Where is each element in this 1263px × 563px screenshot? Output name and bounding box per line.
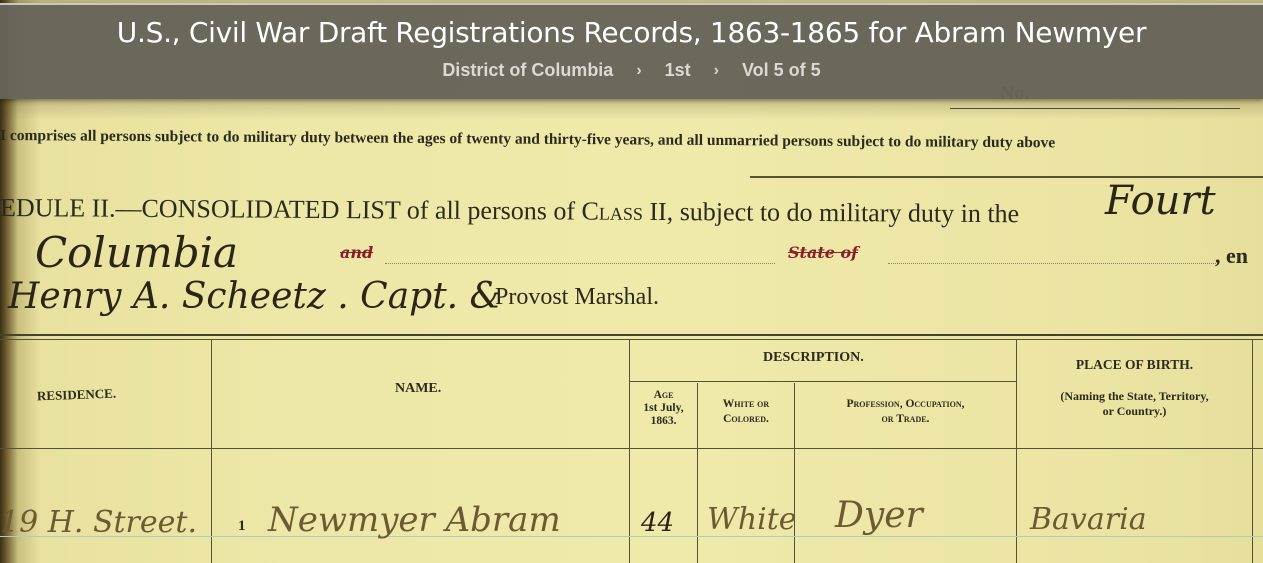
provost-marshal-label: Provost Marshal. xyxy=(495,284,659,311)
header-age-line3: 1863. xyxy=(630,415,697,428)
header-profession-line2: or Trade. xyxy=(795,412,1016,427)
cell-place-of-birth: Bavaria xyxy=(1030,502,1147,537)
breadcrumb: District of Columbia › 1st › Vol 5 of 5 xyxy=(0,60,1263,81)
intro-line: I comprises all persons subject to do mi… xyxy=(0,127,1055,152)
header-place-of-birth-note: (Naming the State, Territory, or Country… xyxy=(1017,389,1252,419)
header-woc-line1: White or xyxy=(698,397,794,412)
header-bottom-rule xyxy=(0,448,1263,449)
struck-word: and xyxy=(340,243,373,262)
header-place-of-birth: PLACE OF BIRTH. xyxy=(1017,357,1252,373)
cell-residence: 19 H. Street. xyxy=(0,505,197,540)
table-top-rule xyxy=(0,334,1263,336)
cell-profession: Dyer xyxy=(835,495,923,536)
header-description: DESCRIPTION. xyxy=(763,350,864,366)
schedule-heading-middle: of all persons of xyxy=(407,195,575,225)
description-sub-rule xyxy=(629,381,1016,382)
pob-note-line2: or Country.) xyxy=(1017,404,1252,419)
schedule-heading-suffix: subject to do military duty in the xyxy=(680,197,1020,228)
struck-state: State of xyxy=(788,243,858,262)
schedule-heading-prefix: EDULE II.—CONSOLIDATED LIST xyxy=(0,193,400,224)
schedule-heading: EDULE II.—CONSOLIDATED LIST of all perso… xyxy=(0,193,1019,229)
cell-name: Newmyer Abram xyxy=(268,500,561,540)
header-white-or-colored: White or Colored. xyxy=(698,397,794,427)
header-age-line2: 1st July, xyxy=(630,402,697,415)
chevron-right-icon: › xyxy=(617,62,660,80)
class-label: Class xyxy=(581,197,643,226)
header-age-line1: Age xyxy=(630,389,697,402)
breadcrumb-vol-5-of-5[interactable]: Vol 5 of 5 xyxy=(738,60,825,81)
header-age: Age 1st July, 1863. xyxy=(630,389,697,428)
column-divider xyxy=(629,339,630,563)
record-title: U.S., Civil War Draft Registrations Reco… xyxy=(0,16,1263,49)
header-woc-line2: Colored. xyxy=(698,412,794,427)
class-number: II, xyxy=(649,197,673,226)
trailing-text: , en xyxy=(1215,243,1248,269)
table-top-rule-2 xyxy=(0,339,1263,340)
cell-white-or-colored: White xyxy=(707,502,797,537)
header-profession-line1: Profession, Occupation, xyxy=(795,397,1016,412)
top-rule xyxy=(950,108,1240,109)
cell-age: 44 xyxy=(641,508,674,538)
header-name: NAME. xyxy=(395,381,441,397)
pob-note-line1: (Naming the State, Territory, xyxy=(1017,389,1252,404)
column-divider xyxy=(1252,339,1253,563)
handwritten-marshal-name: Henry A. Scheetz . Capt. & xyxy=(8,276,502,317)
handwritten-district: Fourt xyxy=(1105,178,1216,224)
breadcrumb-1st[interactable]: 1st xyxy=(661,60,695,81)
record-header-bar: U.S., Civil War Draft Registrations Reco… xyxy=(0,3,1263,99)
dotted-fill-line xyxy=(385,263,775,264)
handwritten-place: Columbia xyxy=(35,228,238,277)
chevron-right-icon: › xyxy=(695,62,738,80)
breadcrumb-district-of-columbia[interactable]: District of Columbia xyxy=(438,60,617,81)
cell-row-number: 1 xyxy=(238,518,246,535)
column-divider xyxy=(211,339,212,563)
dotted-fill-line xyxy=(888,263,1218,264)
header-profession: Profession, Occupation, or Trade. xyxy=(795,397,1016,427)
header-residence: RESIDENCE. xyxy=(37,386,117,405)
